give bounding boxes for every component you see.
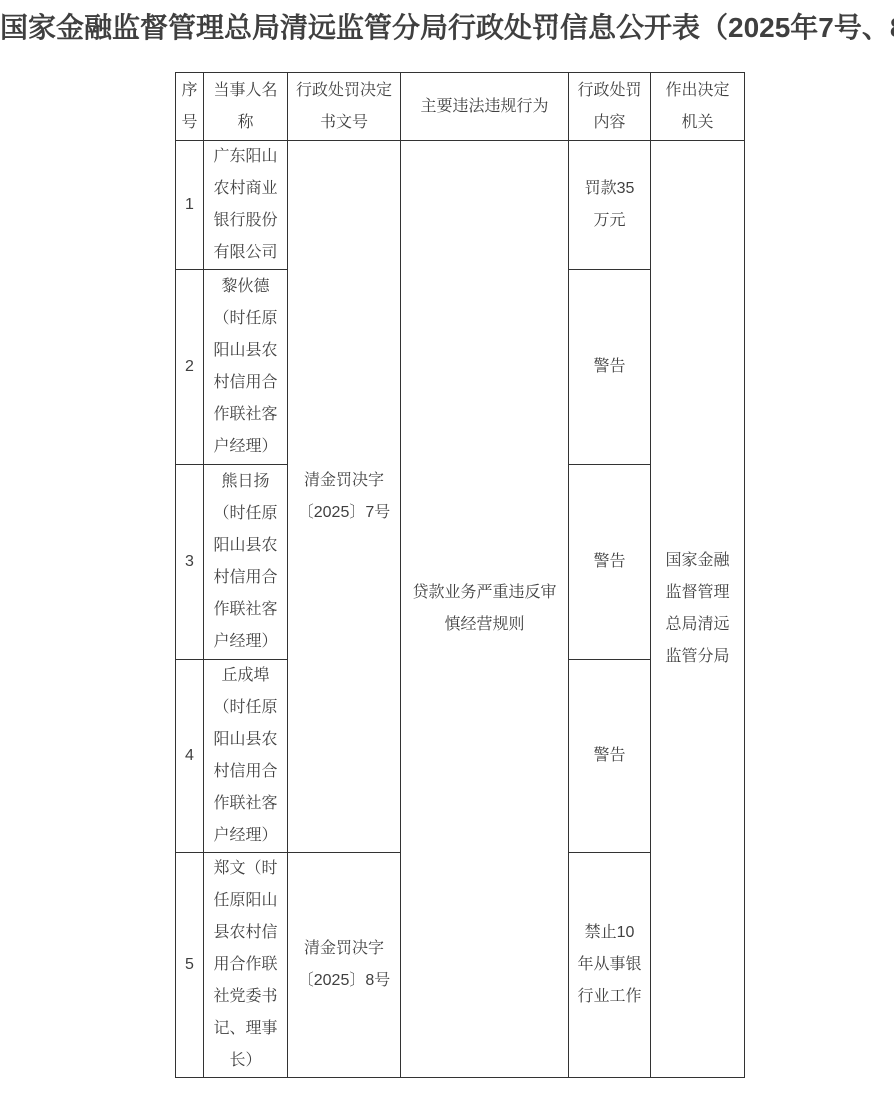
header-decision-doc-no: 行政处罚决定 书文号	[288, 73, 401, 141]
table-header-row: 序 号 当事人名 称 行政处罚决定 书文号 主要违法违规行为 行政处罚 内容 作…	[176, 73, 745, 141]
cell-seq: 1	[176, 141, 204, 270]
page: 国家金融监督管理总局清远监管分局行政处罚信息公开表（2025年7号、8号） 序 …	[0, 0, 894, 1099]
cell-penalty: 警告	[569, 465, 651, 660]
cell-party-name: 黎伙德 （时任原 阳山县农 村信用合 作联社客 户经理）	[204, 270, 288, 465]
header-seq: 序 号	[176, 73, 204, 141]
cell-party-name: 丘成埠 （时任原 阳山县农 村信用合 作联社客 户经理）	[204, 660, 288, 853]
cell-decision-doc-no: 清金罚决字 〔2025〕7号	[288, 141, 401, 853]
cell-penalty: 罚款35 万元	[569, 141, 651, 270]
table-row: 1 广东阳山 农村商业 银行股份 有限公司 清金罚决字 〔2025〕7号 贷款业…	[176, 141, 745, 270]
cell-decision-doc-no: 清金罚决字 〔2025〕8号	[288, 853, 401, 1078]
cell-seq: 3	[176, 465, 204, 660]
cell-violation: 贷款业务严重违反审 慎经营规则	[401, 141, 569, 1078]
penalty-table: 序 号 当事人名 称 行政处罚决定 书文号 主要违法违规行为 行政处罚 内容 作…	[175, 72, 745, 1078]
header-penalty: 行政处罚 内容	[569, 73, 651, 141]
cell-seq: 5	[176, 853, 204, 1078]
header-violation: 主要违法违规行为	[401, 73, 569, 141]
page-title: 国家金融监督管理总局清远监管分局行政处罚信息公开表（2025年7号、8号）	[0, 6, 894, 46]
cell-seq: 4	[176, 660, 204, 853]
cell-seq: 2	[176, 270, 204, 465]
cell-penalty: 警告	[569, 270, 651, 465]
cell-party-name: 广东阳山 农村商业 银行股份 有限公司	[204, 141, 288, 270]
cell-penalty: 禁止10 年从事银 行业工作	[569, 853, 651, 1078]
header-party-name: 当事人名 称	[204, 73, 288, 141]
cell-authority: 国家金融 监督管理 总局清远 监管分局	[651, 141, 745, 1078]
cell-party-name: 熊日扬 （时任原 阳山县农 村信用合 作联社客 户经理）	[204, 465, 288, 660]
header-authority: 作出决定 机关	[651, 73, 745, 141]
cell-penalty: 警告	[569, 660, 651, 853]
cell-party-name: 郑文（时 任原阳山 县农村信 用合作联 社党委书 记、理事 长）	[204, 853, 288, 1078]
